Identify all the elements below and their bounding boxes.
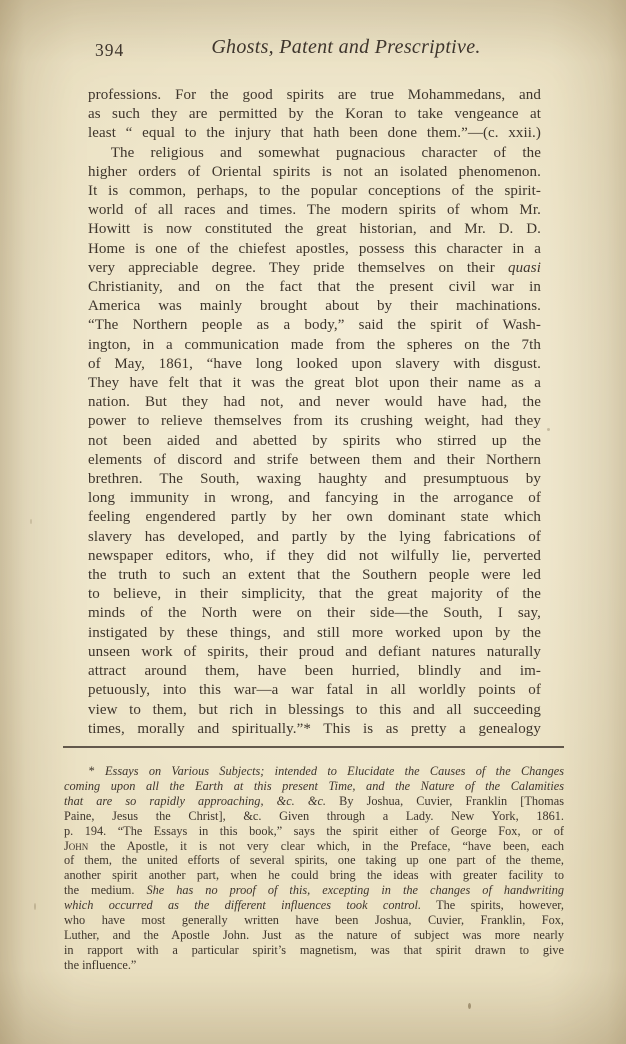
text-line: nation. But they had not, and never woul…: [88, 393, 541, 412]
text-line: coming upon all the Earth at this presen…: [64, 779, 564, 794]
text-line: the influence.”: [64, 958, 564, 973]
text-line: as such they are permitted by the Koran …: [88, 105, 541, 124]
text-line: to believe, in their simplicity, that th…: [88, 585, 541, 604]
text-line: not been aided and abetted by spirits wh…: [88, 432, 541, 451]
text-line: the medium. She has no proof of this, ex…: [64, 883, 564, 898]
text-line: feeling engendered partly by her own dom…: [88, 508, 541, 527]
text-line: unseen work of spirits, their proud and …: [88, 643, 541, 662]
footnote-divider: [63, 746, 564, 748]
text-line: minds of the North were on their side—th…: [88, 604, 541, 623]
text-line: times, morally and spiritually.”* This i…: [88, 720, 541, 739]
text-line: It is common, perhaps, to the popular co…: [88, 182, 541, 201]
text-line: very appreciable degree. They pride them…: [88, 259, 541, 278]
text-line: which occurred as the different influenc…: [64, 898, 564, 913]
text-line: instigated by these things, and still mo…: [88, 624, 541, 643]
text-line: * Essays on Various Subjects; intended t…: [64, 764, 564, 779]
text-line: Paine, Jesus the Christ], &c. Given thro…: [64, 809, 564, 824]
text-line: America was mainly brought about by thei…: [88, 297, 541, 316]
text-line: the truth to such an extent that the Sou…: [88, 566, 541, 585]
text-line: power to relieve themselves from its cru…: [88, 412, 541, 431]
text-line: Home is one of the chiefest apostles, po…: [88, 240, 541, 259]
text-line: professions. For the good spirits are tr…: [88, 86, 541, 105]
text-line: newspaper editors, who, if they did not …: [88, 547, 541, 566]
text-line: brethren. The South, waxing haughty and …: [88, 470, 541, 489]
book-page: 394 Ghosts, Patent and Prescriptive. pro…: [0, 0, 626, 1044]
body-text: professions. For the good spirits are tr…: [88, 86, 541, 739]
footnote-text: * Essays on Various Subjects; intended t…: [64, 764, 564, 973]
paper-speck: [30, 519, 32, 524]
text-line: least “ equal to the injury that hath be…: [88, 124, 541, 143]
text-line: “The Northern people as a body,” said th…: [88, 316, 541, 335]
text-line: of them, the united efforts of several s…: [64, 853, 564, 868]
text-line: view to them, but rich in blessings to t…: [88, 701, 541, 720]
text-line: Christianity, and on the fact that the p…: [88, 278, 541, 297]
text-line: Howitt is now constituted the great hist…: [88, 220, 541, 239]
text-line: who have most generally written have bee…: [64, 913, 564, 928]
text-line: Luther, and the Apostle John. Just as th…: [64, 928, 564, 943]
running-title: Ghosts, Patent and Prescriptive.: [66, 36, 626, 59]
text-line: higher orders of Oriental spirits is not…: [88, 163, 541, 182]
text-line: of May, 1861, “have long looked upon sla…: [88, 355, 541, 374]
paper-speck: [468, 1003, 471, 1009]
text-line: in rapport with a particular spirit’s ma…: [64, 943, 564, 958]
paper-speck: [34, 903, 36, 910]
text-line: elements of discord and strife between t…: [88, 451, 541, 470]
text-line: The religious and somewhat pugnacious ch…: [88, 144, 541, 163]
text-line: They have felt that it was the great blo…: [88, 374, 541, 393]
text-line: p. 194. “The Essays in this book,” says …: [64, 824, 564, 839]
text-line: ington, in a communication made from the…: [88, 336, 541, 355]
text-line: John the Apostle, it is not very clear w…: [64, 839, 564, 854]
paper-speck: [547, 428, 550, 431]
text-line: that are so rapidly approaching, &c. &c.…: [64, 794, 564, 809]
text-line: attract around them, have been hurried, …: [88, 662, 541, 681]
text-line: slavery has developed, and partly by the…: [88, 528, 541, 547]
text-line: petuously, into this war—a war fatal in …: [88, 681, 541, 700]
text-line: long immunity in wrong, and fancying in …: [88, 489, 541, 508]
text-line: another spirit another part, when he cou…: [64, 868, 564, 883]
text-line: world of all races and times. The modern…: [88, 201, 541, 220]
